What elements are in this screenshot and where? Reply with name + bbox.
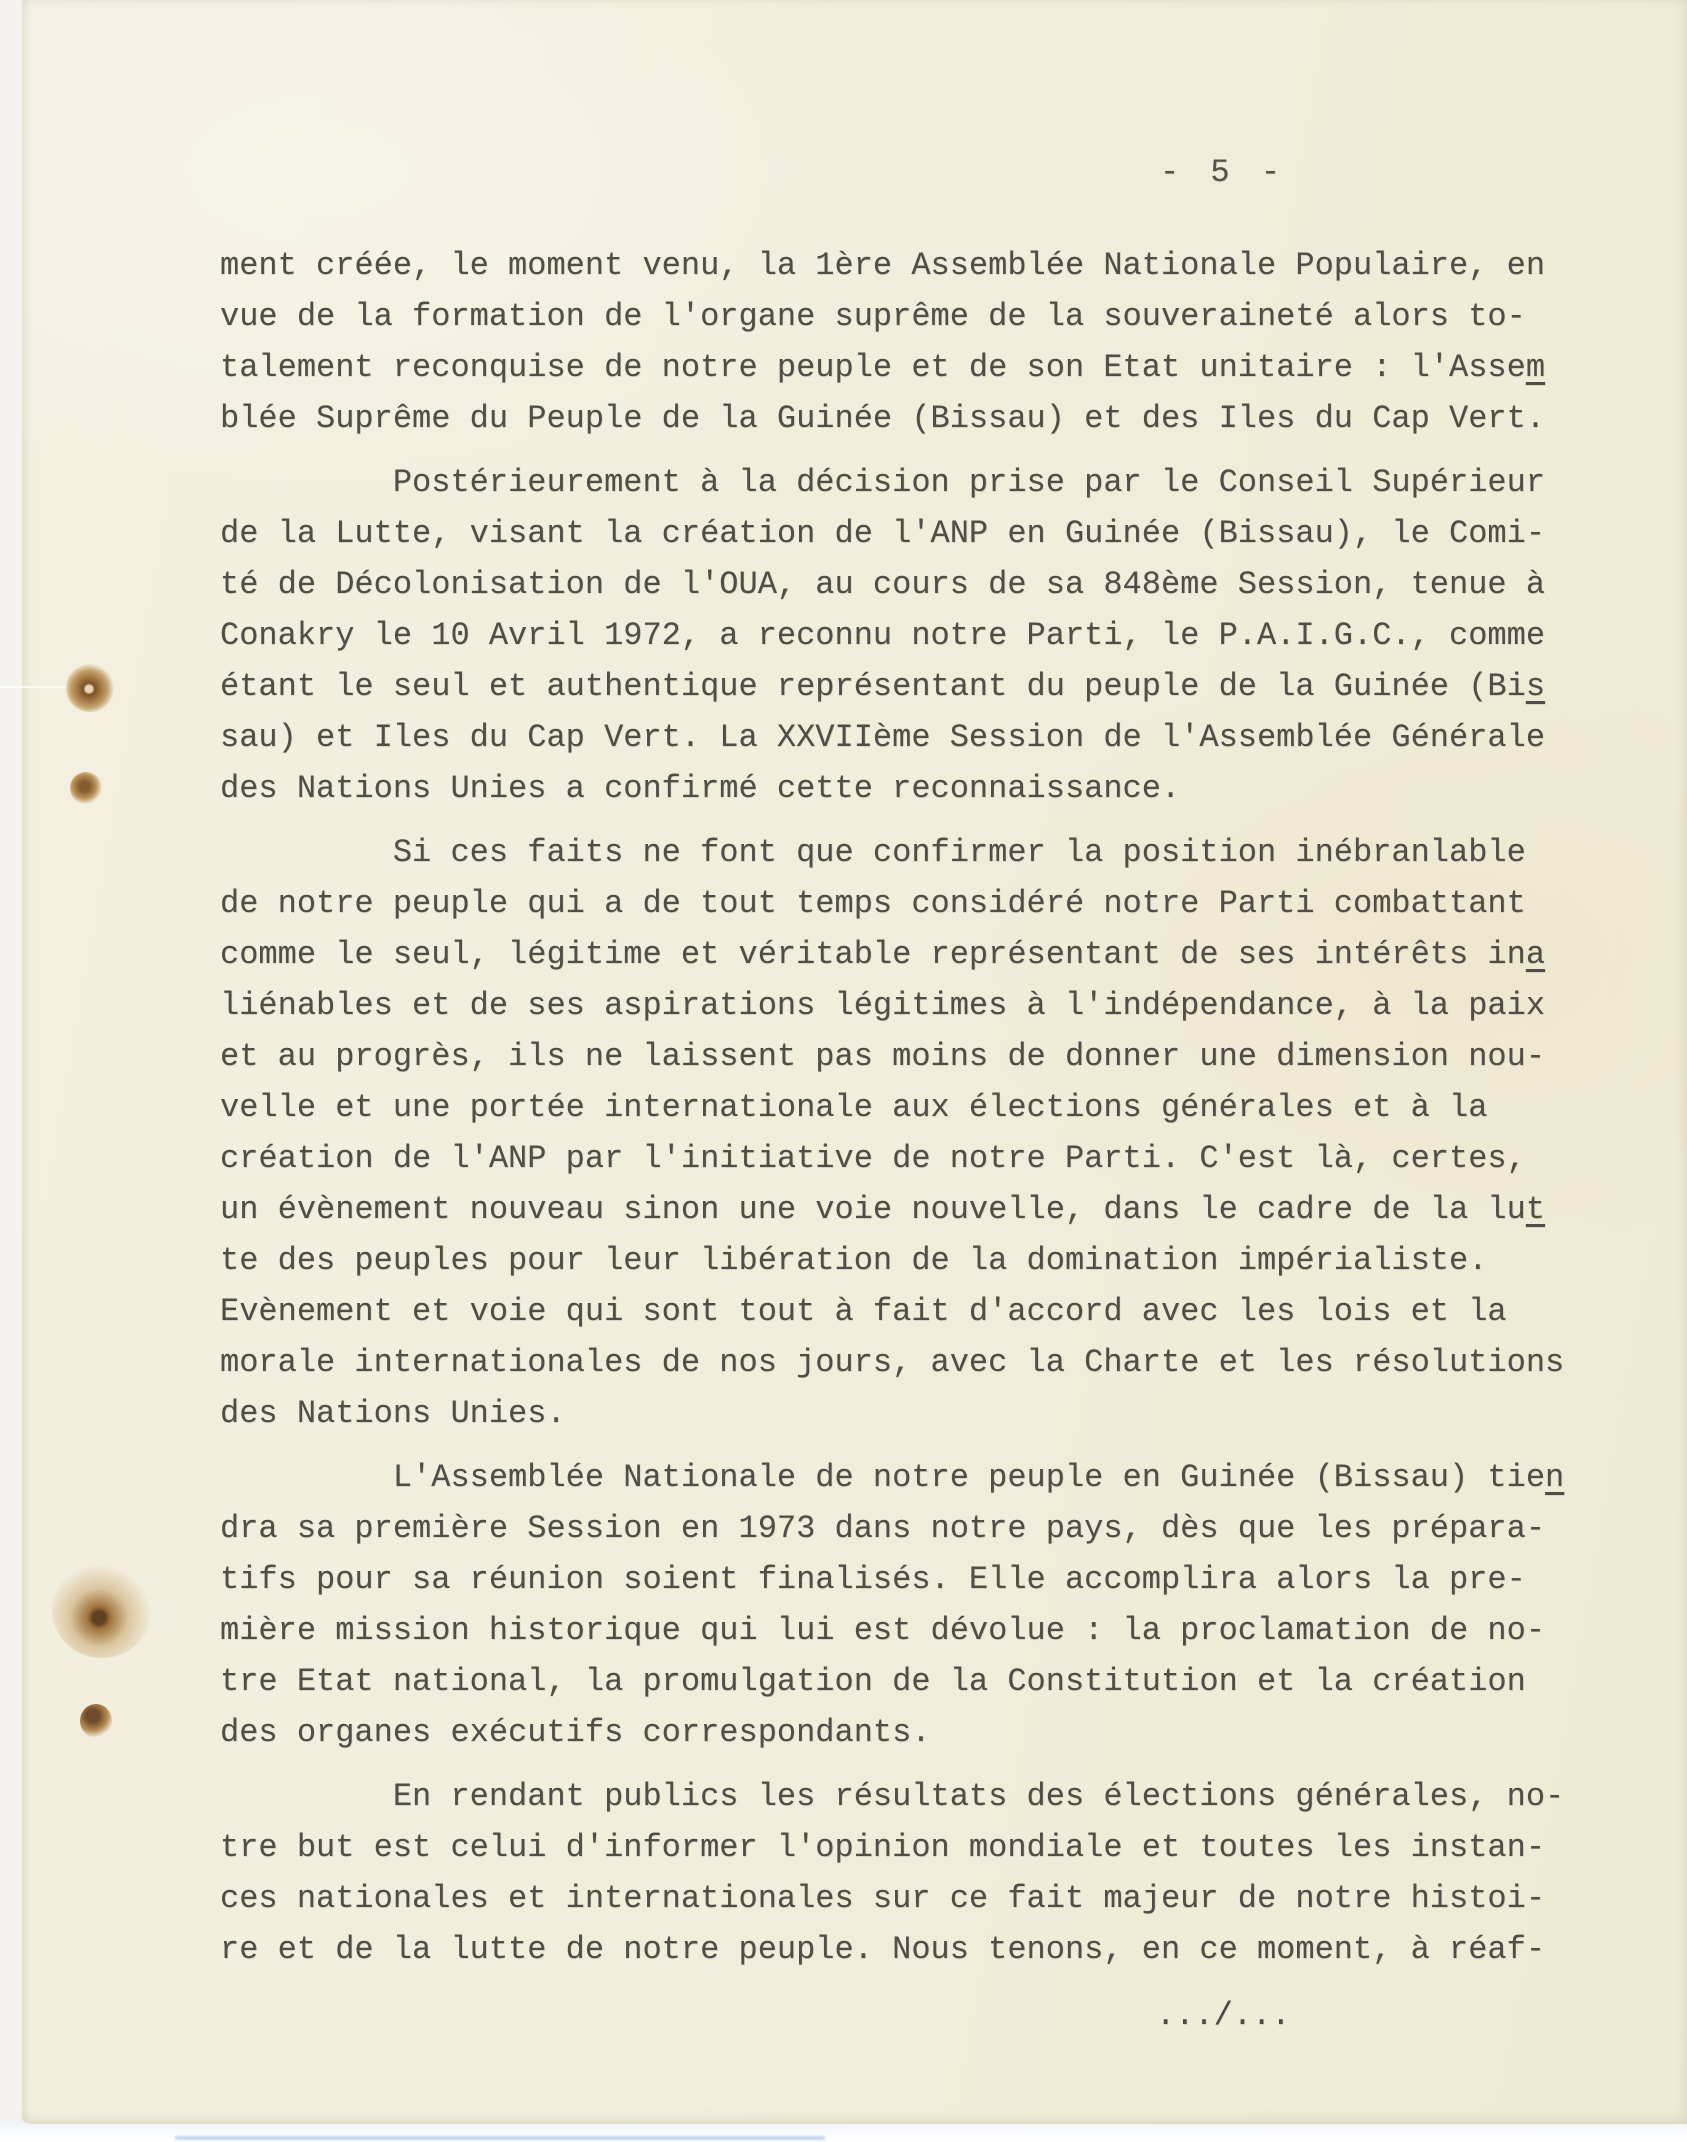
text-line: des Nations Unies.: [220, 1388, 1620, 1439]
text-line: té de Décolonisation de l'OUA, au cours …: [220, 559, 1620, 610]
paper-stain: [66, 664, 114, 712]
text-line: étant le seul et authentique représentan…: [220, 661, 1620, 712]
text-line: Si ces faits ne font que confirmer la po…: [220, 827, 1620, 878]
continuation-mark: .../...: [1156, 1996, 1290, 2036]
text-line: blée Suprême du Peuple de la Guinée (Bis…: [220, 393, 1620, 444]
text-line: sau) et Iles du Cap Vert. La XXVIIème Se…: [220, 712, 1620, 763]
text-line: velle et une portée internationale aux é…: [220, 1082, 1620, 1133]
text-line: tifs pour sa réunion soient finalisés. E…: [220, 1554, 1620, 1605]
hyphenation-underline: m: [1526, 349, 1545, 386]
paper-stain: [52, 1562, 152, 1658]
hyphenation-underline: s: [1526, 668, 1545, 705]
text-line: tre Etat national, la promulgation de la…: [220, 1656, 1620, 1707]
text-line: tre but est celui d'informer l'opinion m…: [220, 1822, 1620, 1873]
text-line: des organes exécutifs correspondants.: [220, 1707, 1620, 1758]
paragraph: En rendant publics les résultats des éle…: [220, 1771, 1620, 1975]
text-line: vue de la formation de l'organe suprême …: [220, 291, 1620, 342]
text-line: création de l'ANP par l'initiative de no…: [220, 1133, 1620, 1184]
page-number: - 5 -: [1160, 150, 1286, 196]
text-line: liénables et de ses aspirations légitime…: [220, 980, 1620, 1031]
text-line: Conakry le 10 Avril 1972, a reconnu notr…: [220, 610, 1620, 661]
hyphenation-underline: n: [1545, 1459, 1564, 1496]
text-line: te des peuples pour leur libération de l…: [220, 1235, 1620, 1286]
text-line: de la Lutte, visant la création de l'ANP…: [220, 508, 1620, 559]
paper-stain: [80, 1704, 112, 1738]
text-line: En rendant publics les résultats des éle…: [220, 1771, 1620, 1822]
text-line: un évènement nouveau sinon une voie nouv…: [220, 1184, 1620, 1235]
text-line: dra sa première Session en 1973 dans not…: [220, 1503, 1620, 1554]
text-line: Postérieurement à la décision prise par …: [220, 457, 1620, 508]
text-line: et au progrès, ils ne laissent pas moins…: [220, 1031, 1620, 1082]
text-line: Evènement et voie qui sont tout à fait d…: [220, 1286, 1620, 1337]
paper-stain: [70, 772, 102, 804]
scanned-document-page: - 5 - ment créée, le moment venu, la 1èr…: [0, 0, 1687, 2142]
document-body-text: ment créée, le moment venu, la 1ère Asse…: [220, 240, 1620, 1975]
hyphenation-underline: t: [1526, 1191, 1545, 1228]
scan-edge-artifact: [175, 2136, 825, 2140]
text-line: talement reconquise de notre peuple et d…: [220, 342, 1620, 393]
text-line: mière mission historique qui lui est dév…: [220, 1605, 1620, 1656]
text-line: L'Assemblée Nationale de notre peuple en…: [220, 1452, 1620, 1503]
text-line: comme le seul, légitime et véritable rep…: [220, 929, 1620, 980]
paragraph: L'Assemblée Nationale de notre peuple en…: [220, 1452, 1620, 1758]
paragraph: Postérieurement à la décision prise par …: [220, 457, 1620, 814]
paragraph: Si ces faits ne font que confirmer la po…: [220, 827, 1620, 1439]
text-line: ces nationales et internationales sur ce…: [220, 1873, 1620, 1924]
text-line: morale internationales de nos jours, ave…: [220, 1337, 1620, 1388]
text-line: des Nations Unies a confirmé cette recon…: [220, 763, 1620, 814]
paragraph: ment créée, le moment venu, la 1ère Asse…: [220, 240, 1620, 444]
text-line: re et de la lutte de notre peuple. Nous …: [220, 1924, 1620, 1975]
hyphenation-underline: a: [1526, 936, 1545, 973]
text-line: de notre peuple qui a de tout temps cons…: [220, 878, 1620, 929]
text-line: ment créée, le moment venu, la 1ère Asse…: [220, 240, 1620, 291]
